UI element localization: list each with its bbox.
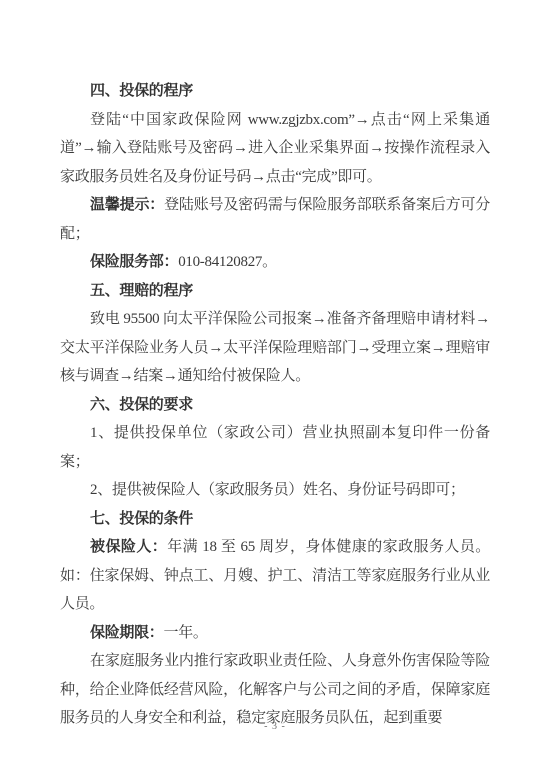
paragraph-text: 登陆“中国家政保险网 www.zgjzbx.com”→点击“网上采集通道”→输入… (60, 112, 490, 185)
page-number: - 3 - (0, 720, 550, 734)
section-heading-application-procedure: 四、投保的程序 (60, 77, 490, 106)
paragraph-text: 致电 95500 向太平洋保险公司报案→准备齐备理赔申请材料→交太平洋保险业务人… (60, 311, 490, 384)
paragraph-application-steps: 登陆“中国家政保险网 www.zgjzbx.com”→点击“网上采集通道”→输入… (60, 106, 490, 192)
paragraph-text: 一年。 (164, 625, 208, 641)
bold-label-service-dept: 保险服务部： (90, 254, 178, 270)
document-content: 四、投保的程序 登陆“中国家政保险网 www.zgjzbx.com”→点击“网上… (60, 77, 490, 733)
paragraph-requirement-2: 2、提供被保险人（家政服务员）姓名、身份证号码即可； (60, 476, 490, 505)
bold-label-tips: 温馨提示： (90, 197, 164, 213)
paragraph-text: 1、提供投保单位（家政公司）营业执照副本复印件一份备案； (60, 425, 490, 470)
paragraph-tips: 温馨提示：登陆账号及密码需与保险服务部联系备案后方可分配； (60, 191, 490, 248)
paragraph-requirement-1: 1、提供投保单位（家政公司）营业执照副本复印件一份备案； (60, 419, 490, 476)
phone-number-text: 010-84120827。 (178, 254, 277, 270)
document-page: 四、投保的程序 登陆“中国家政保险网 www.zgjzbx.com”→点击“网上… (0, 0, 550, 778)
section-heading-claims-procedure: 五、理赔的程序 (60, 277, 490, 306)
section-heading-application-requirements: 六、投保的要求 (60, 391, 490, 420)
paragraph-text: 在家庭服务业内推行家政职业责任险、人身意外伤害保险等险种，给企业降低经营风险，化… (60, 653, 490, 726)
paragraph-insured-persons: 被保险人：年满 18 至 65 周岁，身体健康的家政服务人员。如：住家保姆、钟点… (60, 533, 490, 619)
bold-label-insurance-period: 保险期限： (90, 625, 164, 641)
bold-label-insured-persons: 被保险人： (90, 539, 167, 555)
paragraph-text: 2、提供被保险人（家政服务员）姓名、身份证号码即可； (90, 482, 465, 498)
paragraph-insurance-service-phone: 保险服务部：010-84120827。 (60, 248, 490, 277)
section-heading-application-conditions: 七、投保的条件 (60, 505, 490, 534)
paragraph-insurance-period: 保险期限：一年。 (60, 619, 490, 648)
paragraph-claims-steps: 致电 95500 向太平洋保险公司报案→准备齐备理赔申请材料→交太平洋保险业务人… (60, 305, 490, 391)
